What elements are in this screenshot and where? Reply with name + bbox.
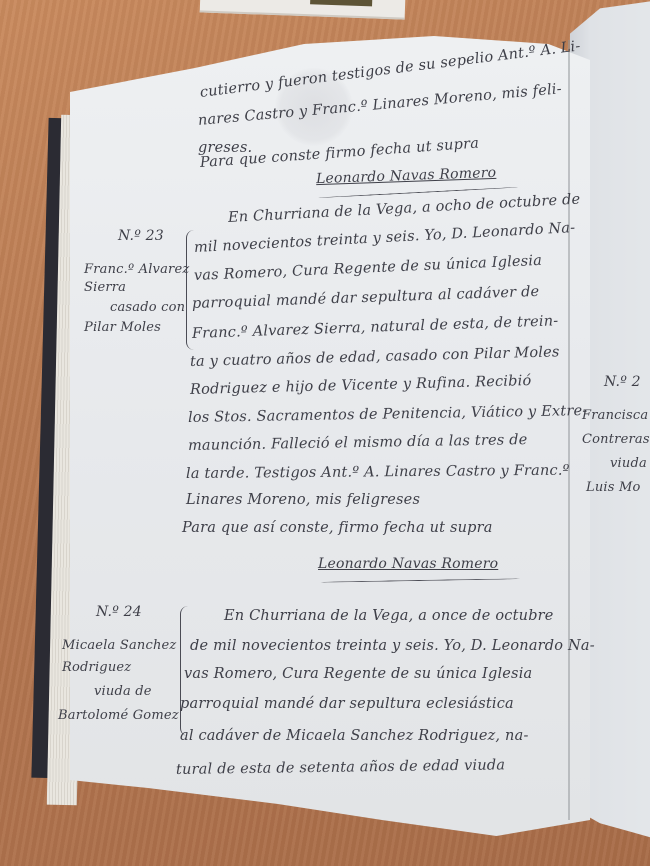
margin-name-line: viuda <box>610 456 647 471</box>
entry-text-line: al cadáver de Micaela Sanchez Rodriguez,… <box>180 728 529 744</box>
entry-text-line: parroquial mandé dar sepultura eclesiást… <box>180 696 514 712</box>
margin-name-line: viuda de <box>94 684 152 699</box>
loose-paper-top <box>200 0 406 20</box>
priest-signature: Leonardo Navas Romero <box>318 556 498 572</box>
entry-text-line: la tarde. Testigos Ant.º A. Linares Cast… <box>186 463 570 482</box>
margin-name-line: Contreras <box>582 432 650 447</box>
margin-name-line: Francisca <box>582 408 648 423</box>
margin-name-line: Pilar Moles <box>84 320 161 335</box>
margin-name-line: Franc.º Alvarez <box>84 262 189 277</box>
book-gutter <box>568 40 570 820</box>
margin-name-line: Bartolomé Gomez <box>58 708 179 723</box>
entry-number: N.º 24 <box>96 604 142 620</box>
margin-name-line: casado con <box>110 300 185 315</box>
margin-name-line: Micaela Sanchez <box>62 638 176 653</box>
entry-text-line: Para que así conste, firmo fecha ut supr… <box>182 520 493 536</box>
entry-text-line: Linares Moreno, mis feligreses <box>186 492 420 508</box>
entry-text-line: En Churriana de la Vega, a once de octub… <box>224 608 554 624</box>
entry-text-line: vas Romero, Cura Regente de su única Igl… <box>184 666 532 682</box>
entry-text-line: de mil novecientos treinta y seis. Yo, D… <box>190 638 595 654</box>
paper-strip <box>310 0 372 6</box>
margin-name-line: Luis Mo <box>586 480 641 495</box>
entry-number: N.º 23 <box>118 228 164 244</box>
entry-number: N.º 2 <box>604 374 641 390</box>
margin-name-line: Sierra <box>84 280 126 295</box>
margin-name-line: Rodriguez <box>62 660 131 675</box>
